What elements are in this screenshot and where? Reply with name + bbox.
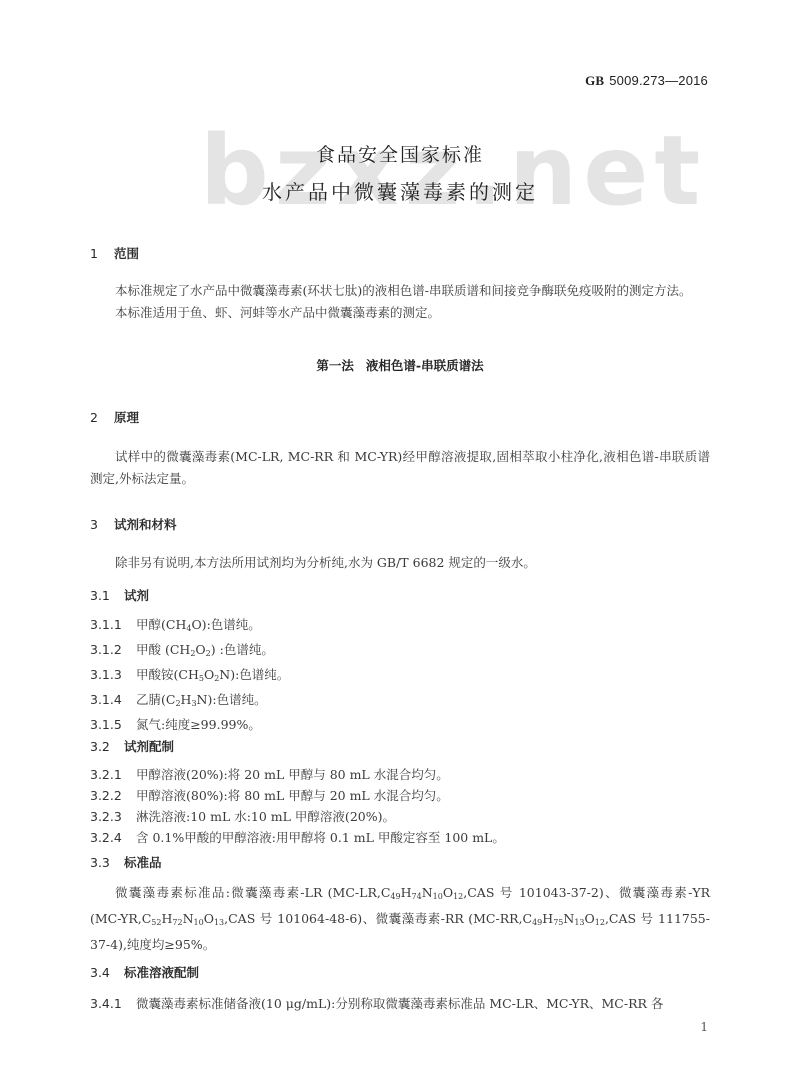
subscript: 52 (151, 918, 161, 927)
standard-code: GB5009.273—2016 (585, 73, 708, 89)
list-item: 3.2.2甲醇溶液(80%):将 80 mL 甲醇与 20 mL 水混合均匀。 (90, 785, 710, 806)
section-number: 1 (90, 246, 114, 261)
item-text: 乙腈(C (136, 692, 175, 707)
item-number: 3.1.4 (90, 689, 136, 710)
paragraph: 除非另有说明,本方法所用试剂均为分析纯,水为 GB/T 6682 规定的一级水。 (90, 552, 710, 574)
section-3-3: 3.3标准品 (90, 853, 710, 871)
item-number: 3.4.1 (90, 993, 136, 1014)
section-title: 范围 (114, 246, 139, 261)
item-text: O (204, 667, 214, 682)
list-item: 3.1.2甲酸 (CH2O2) :色谱纯。 (90, 639, 710, 664)
item-text: 甲酸铵(CH (136, 667, 199, 682)
item-number: 3.1.2 (90, 639, 136, 660)
section-3-body: 除非另有说明,本方法所用试剂均为分析纯,水为 GB/T 6682 规定的一级水。 (90, 552, 710, 574)
subsection-number: 3.2 (90, 739, 124, 754)
subscript: 13 (574, 918, 584, 927)
item-text: 甲酸 (CH (136, 642, 190, 657)
subsection-number: 3.1 (90, 588, 124, 603)
section-3-2: 3.2试剂配制 (90, 737, 710, 755)
item-text: 微囊藻毒素标准储备液(10 μg/mL):分别称取微囊藻毒素标准品 MC-LR、… (136, 996, 663, 1011)
list-item: 3.1.1甲醇(CH4O):色谱纯。 (90, 614, 710, 639)
item-text: N):色谱纯。 (219, 667, 289, 682)
subsection-number: 3.3 (90, 855, 124, 870)
section-number: 2 (90, 410, 114, 425)
subsection-title: 标准品 (124, 855, 162, 870)
list-item: 3.4.1微囊藻毒素标准储备液(10 μg/mL):分别称取微囊藻毒素标准品 M… (90, 993, 710, 1014)
subsection-number: 3.4 (90, 965, 124, 980)
list-item: 3.2.1甲醇溶液(20%):将 20 mL 甲醇与 80 mL 水混合均匀。 (90, 764, 710, 785)
section-1: 1范围 (90, 244, 710, 262)
item-number: 3.1.3 (90, 664, 136, 685)
list-item: 3.2.4含 0.1%甲酸的甲醇溶液:用甲醇将 0.1 mL 甲酸定容至 100… (90, 827, 710, 848)
method-name: 液相色谱-串联质谱法 (366, 358, 484, 373)
section-title: 试剂和材料 (114, 517, 177, 532)
list-item: 3.2.3淋洗溶液:10 mL 水:10 mL 甲醇溶液(20%)。 (90, 806, 710, 827)
subsection-title: 试剂 (124, 588, 149, 603)
item-number: 3.2.4 (90, 827, 136, 848)
item-text: O) (191, 617, 206, 632)
item-number: 3.1.1 (90, 614, 136, 635)
method-heading: 第一法液相色谱-串联质谱法 (0, 356, 800, 374)
item-text: :色谱纯。 (207, 617, 261, 632)
section-3-4: 3.4标准溶液配制 (90, 963, 710, 981)
item-text: H (181, 692, 192, 707)
subscript: 49 (532, 918, 542, 927)
subsection-heading: 3.4标准溶液配制 (90, 963, 710, 981)
text: 微囊藻毒素标准品:微囊藻毒素-LR (MC-LR,C (115, 885, 390, 900)
subsection-heading: 3.1试剂 (90, 586, 710, 604)
section-2-body: 试样中的微囊藻毒素(MC-LR, MC-RR 和 MC-YR)经甲醇溶液提取,固… (90, 446, 710, 490)
section-heading: 3试剂和材料 (90, 515, 710, 533)
method-label: 第一法 (316, 358, 354, 373)
list-item: 3.1.5氮气:纯度≥99.99%。 (90, 714, 710, 735)
item-text: 甲醇溶液(80%):将 80 mL 甲醇与 20 mL 水混合均匀。 (136, 788, 449, 803)
standard-solution-list: 3.4.1微囊藻毒素标准储备液(10 μg/mL):分别称取微囊藻毒素标准品 M… (90, 993, 710, 1014)
item-text: 氮气:纯度≥99.99%。 (136, 717, 261, 732)
subsection-title: 标准溶液配制 (124, 965, 199, 980)
subscript: 13 (214, 918, 224, 927)
item-text: ) :色谱纯。 (211, 642, 274, 657)
item-text: 甲醇溶液(20%):将 20 mL 甲醇与 80 mL 水混合均匀。 (136, 767, 449, 782)
paragraph: 试样中的微囊藻毒素(MC-LR, MC-RR 和 MC-YR)经甲醇溶液提取,固… (90, 446, 710, 490)
section-2: 2原理 (90, 408, 710, 426)
standard-prefix: GB (585, 73, 604, 88)
subsection-heading: 3.2试剂配制 (90, 737, 710, 755)
section-1-body: 本标准规定了水产品中微囊藻毒素(环状七肽)的液相色谱-串联质谱和间接竞争酶联免疫… (90, 280, 710, 324)
subscript: 49 (390, 892, 400, 901)
document-page: GB5009.273—2016 bzxz.net 食品安全国家标准 水产品中微囊… (0, 0, 800, 1090)
item-text: 甲醇(CH (136, 617, 186, 632)
reagent-list: 3.1.1甲醇(CH4O):色谱纯。 3.1.2甲酸 (CH2O2) :色谱纯。… (90, 614, 710, 735)
item-number: 3.1.5 (90, 714, 136, 735)
subscript: 75 (553, 918, 563, 927)
subsection-heading: 3.3标准品 (90, 853, 710, 871)
section-heading: 1范围 (90, 244, 710, 262)
section-number: 3 (90, 517, 114, 532)
item-number: 3.2.3 (90, 806, 136, 827)
subscript: 72 (172, 918, 182, 927)
list-item: 3.1.3甲酸铵(CH5O2N):色谱纯。 (90, 664, 710, 689)
section-3-1: 3.1试剂 (90, 586, 710, 604)
item-number: 3.2.1 (90, 764, 136, 785)
subscript: 10 (194, 918, 204, 927)
item-text: O (195, 642, 205, 657)
document-title-line1: 食品安全国家标准 (0, 140, 800, 167)
subscript: 12 (595, 918, 605, 927)
subsection-title: 试剂配制 (124, 739, 174, 754)
item-text: 淋洗溶液:10 mL 水:10 mL 甲醇溶液(20%)。 (136, 809, 395, 824)
paragraph: 本标准适用于鱼、虾、河蚌等水产品中微囊藻毒素的测定。 (90, 302, 710, 324)
text: ,CAS 号 101064-48-6)、微囊藻毒素-RR (MC-RR,C (224, 911, 532, 926)
section-3-3-body: 微囊藻毒素标准品:微囊藻毒素-LR (MC-LR,C49H74N10O12,CA… (90, 882, 710, 956)
item-number: 3.2.2 (90, 785, 136, 806)
preparation-list: 3.2.1甲醇溶液(20%):将 20 mL 甲醇与 80 mL 水混合均匀。 … (90, 764, 710, 848)
paragraph: 本标准规定了水产品中微囊藻毒素(环状七肽)的液相色谱-串联质谱和间接竞争酶联免疫… (90, 280, 710, 302)
section-title: 原理 (114, 410, 139, 425)
document-title-line2: 水产品中微囊藻毒素的测定 (0, 176, 800, 205)
page-number: 1 (700, 1020, 708, 1034)
subscript: 10 (433, 892, 443, 901)
subscript: 74 (412, 892, 422, 901)
paragraph: 微囊藻毒素标准品:微囊藻毒素-LR (MC-LR,C49H74N10O12,CA… (90, 882, 710, 956)
list-item: 3.1.4乙腈(C2H3N):色谱纯。 (90, 689, 710, 714)
item-text: 含 0.1%甲酸的甲醇溶液:用甲醇将 0.1 mL 甲酸定容至 100 mL。 (136, 830, 505, 845)
standard-number: 5009.273—2016 (609, 73, 708, 88)
subscript: 12 (453, 892, 463, 901)
section-3: 3试剂和材料 (90, 515, 710, 533)
section-heading: 2原理 (90, 408, 710, 426)
item-text: N):色谱纯。 (197, 692, 267, 707)
